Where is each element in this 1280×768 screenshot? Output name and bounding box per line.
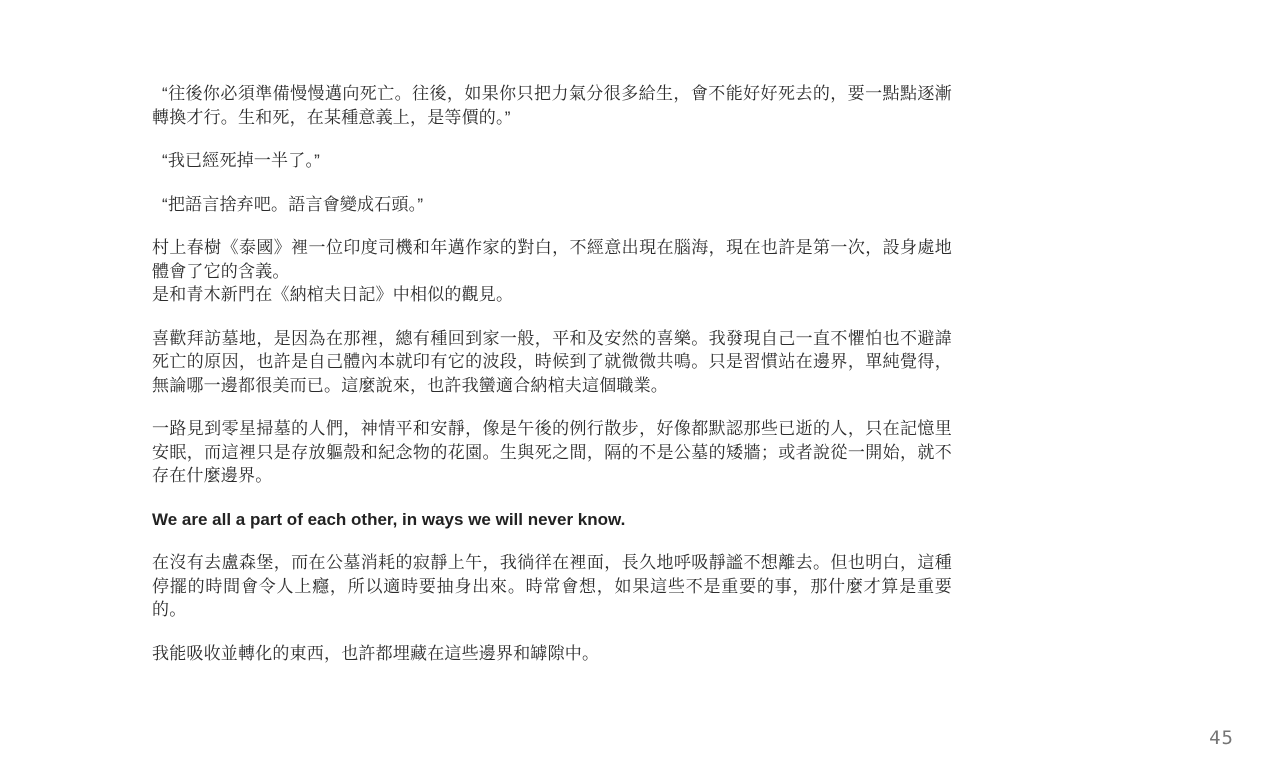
paragraph-quote-3: “把語言捨弃吧。語言會變成石頭。” bbox=[152, 193, 952, 217]
paragraph-quote-1: “往後你必須準備慢慢邁向死亡。往後，如果你只把力氣分很多給生，會不能好好死去的，… bbox=[152, 82, 952, 129]
paragraph-closing: 我能吸收並轉化的東西，也許都埋藏在這些邊界和罅隙中。 bbox=[152, 642, 952, 666]
paragraph-murakami: 村上春樹《泰國》裡一位印度司機和年邁作家的對白，不經意出現在腦海，現在也許是第一… bbox=[152, 236, 952, 307]
paragraph-visitors: 一路見到零星掃墓的人們，神情平和安靜，像是午後的例行散步，好像都默認那些已逝的人… bbox=[152, 417, 952, 488]
paragraph-cemetery: 喜歡拜訪墓地，是因為在那裡，總有種回到家一般，平和及安然的喜樂。我發現自己一直不… bbox=[152, 327, 952, 398]
page-number: 45 bbox=[1209, 727, 1234, 749]
document-page: “往後你必須準備慢慢邁向死亡。往後，如果你只把力氣分很多給生，會不能好好死去的，… bbox=[0, 0, 1280, 768]
paragraph-quote-2: “我已經死掉一半了。” bbox=[152, 149, 952, 173]
paragraph-luxembourg: 在沒有去盧森堡，而在公墓消耗的寂靜上午，我徜徉在裡面，長久地呼吸靜謐不想離去。但… bbox=[152, 551, 952, 622]
paragraph-english-quote: We are all a part of each other, in ways… bbox=[152, 508, 952, 532]
text-block: “往後你必須準備慢慢邁向死亡。往後，如果你只把力氣分很多給生，會不能好好死去的，… bbox=[152, 82, 952, 685]
